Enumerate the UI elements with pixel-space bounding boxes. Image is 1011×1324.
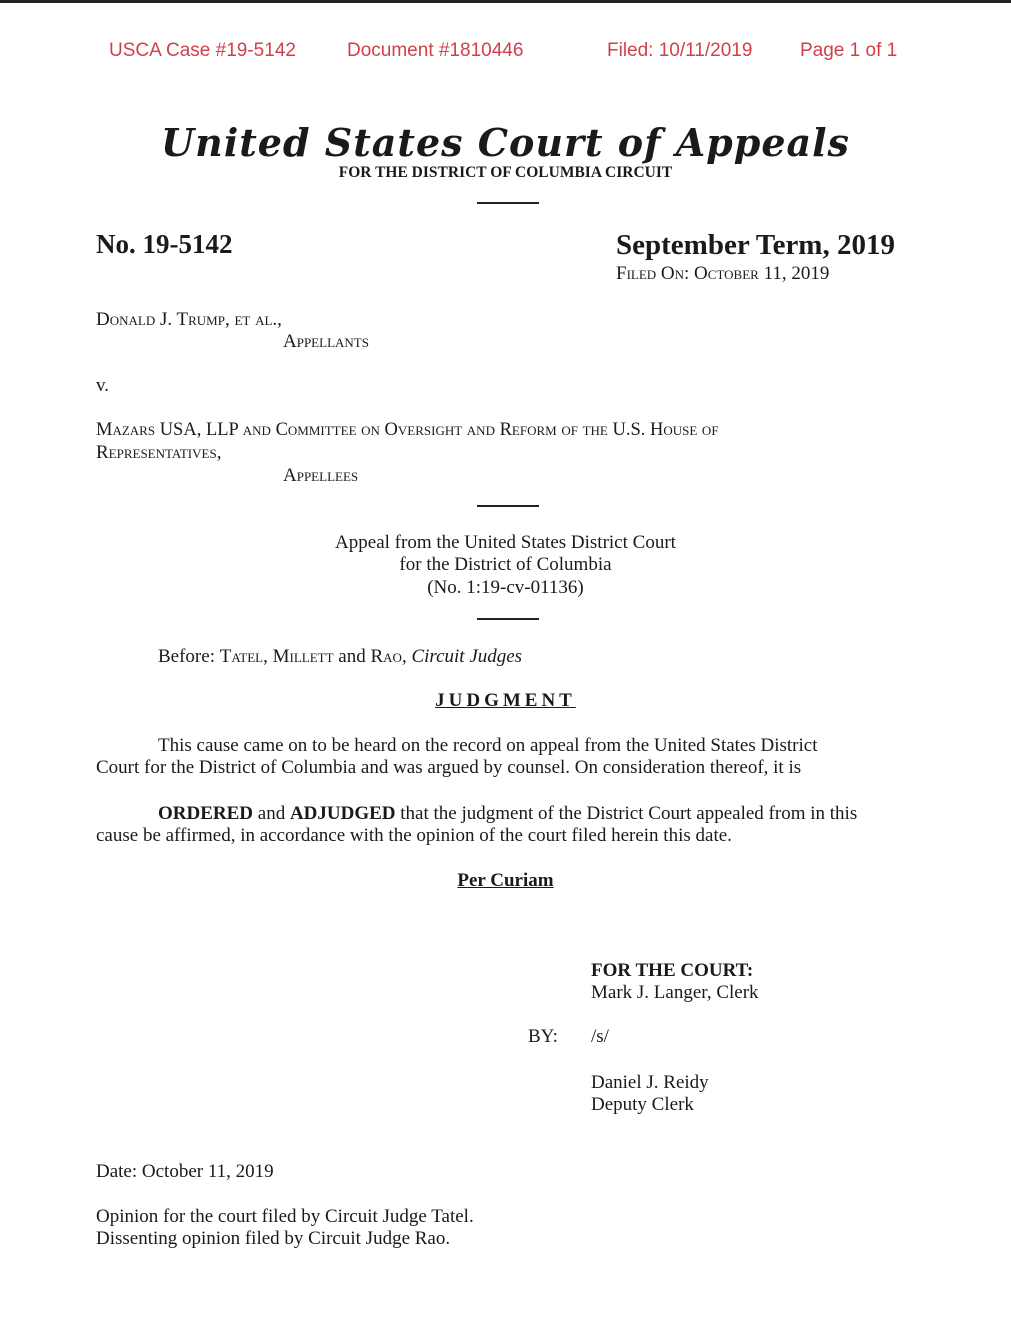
clerk-name: Mark J. Langer, Clerk (591, 982, 759, 1004)
per-curiam: Per Curiam (0, 870, 1011, 892)
appellee-role: Appellees (283, 465, 358, 487)
case-number: No. 19-5142 (96, 229, 233, 260)
appeal-line1: Appeal from the United States District C… (0, 532, 1011, 554)
court-name: United States Court of Appeals (0, 120, 1011, 165)
paragraph2-line1: ORDERED and ADJUDGED that the judgment o… (158, 803, 857, 825)
circuit-name: FOR THE DISTRICT OF COLUMBIA CIRCUIT (0, 164, 1011, 182)
judgment-heading: JUDGMENT (0, 690, 1011, 712)
filed-on: Filed On: October 11, 2019 (616, 263, 829, 285)
panel-judge3: Rao (370, 646, 401, 667)
ordered: ORDERED (158, 803, 253, 824)
panel-prefix: Before: (158, 646, 220, 667)
panel: Before: Tatel, Millett and Rao, Circuit … (158, 646, 522, 668)
district-case-number: (No. 1:19-cv-01136) (0, 577, 1011, 599)
deputy-clerk-name: Daniel J. Reidy (591, 1072, 709, 1094)
signature-mark: /s/ (591, 1026, 609, 1048)
filed-date-stamp: Filed: 10/11/2019 (607, 40, 752, 62)
top-border (0, 0, 1011, 3)
divider (477, 618, 539, 620)
panel-and: and (334, 646, 371, 667)
appellant: Donald J. Trump, et al., (96, 309, 282, 331)
document-number-stamp: Document #1810446 (347, 40, 523, 62)
judgment-date: Date: October 11, 2019 (96, 1161, 274, 1183)
paragraph1-line1: This cause came on to be heard on the re… (158, 735, 818, 757)
versus: v. (96, 375, 109, 397)
appellee-line1: Mazars USA, LLP and Committee on Oversig… (96, 420, 719, 441)
divider (477, 505, 539, 507)
paragraph1-line2: Court for the District of Columbia and w… (96, 757, 801, 779)
by-label: BY: (528, 1026, 558, 1048)
adjudged: ADJUDGED (290, 803, 396, 824)
appeal-line2: for the District of Columbia (0, 554, 1011, 576)
appellee-line2: Representatives, (96, 442, 221, 464)
opinion-note: Opinion for the court filed by Circuit J… (96, 1206, 474, 1228)
divider (477, 202, 539, 204)
panel-suffix: Circuit Judges (411, 646, 522, 667)
panel-judges: Tatel, Millett (220, 646, 334, 667)
paragraph2-line2: cause be affirmed, in accordance with th… (96, 825, 732, 847)
dissent-note: Dissenting opinion filed by Circuit Judg… (96, 1228, 450, 1250)
for-the-court: FOR THE COURT: (591, 960, 753, 982)
appellant-role: Appellants (283, 331, 369, 353)
page-count-stamp: Page 1 of 1 (800, 40, 897, 62)
deputy-clerk-title: Deputy Clerk (591, 1094, 694, 1116)
case-number-stamp: USCA Case #19-5142 (109, 40, 296, 62)
term: September Term, 2019 (616, 229, 895, 262)
